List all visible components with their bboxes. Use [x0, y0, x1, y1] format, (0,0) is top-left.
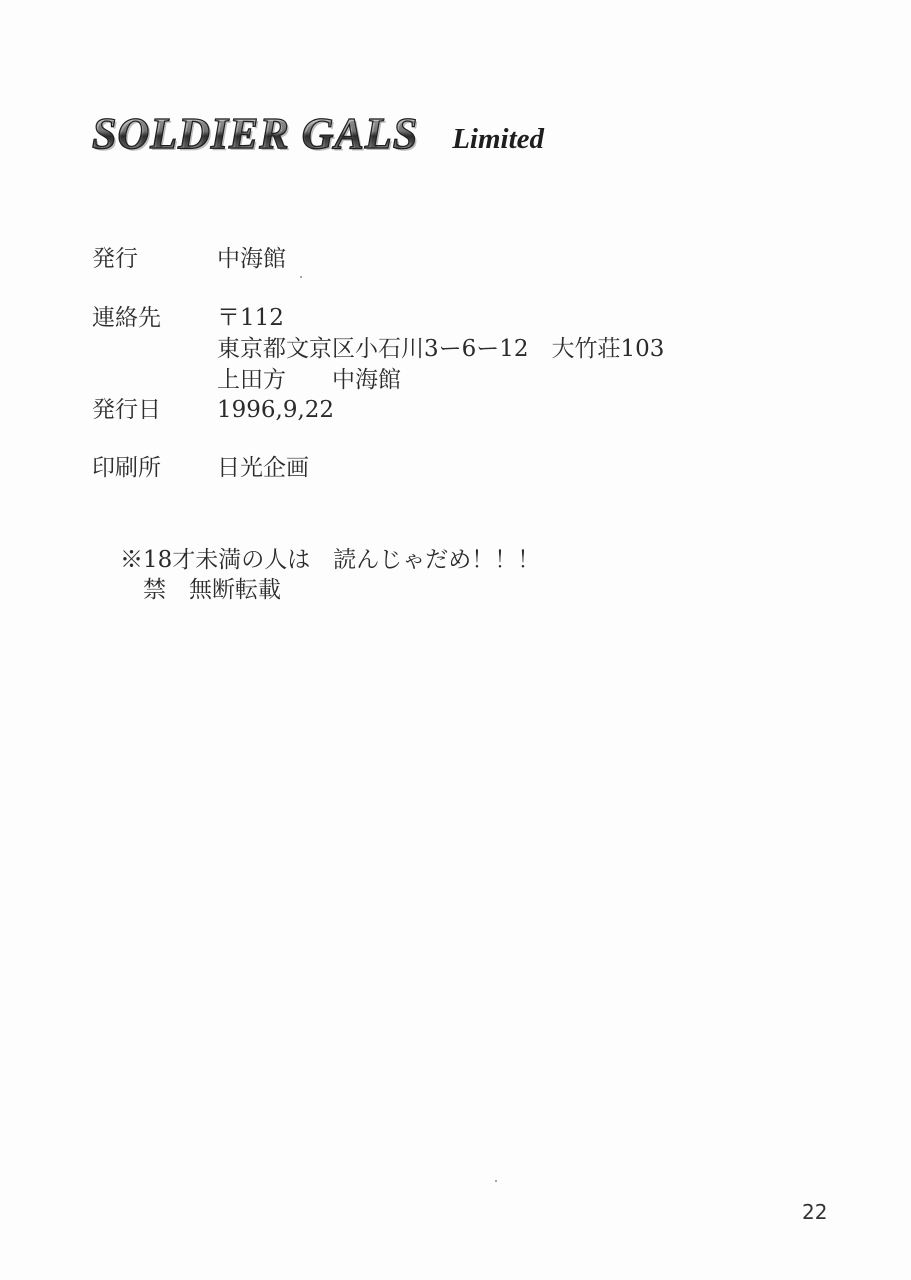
- contact-care-of: 上田方 中海館: [217, 365, 664, 396]
- colophon-row-publish-date: 発行日 1996,9,22: [92, 395, 334, 426]
- notice-block: ※18才未満の人は 読んじゃだめ！！！ 禁 無断転載: [120, 545, 540, 605]
- publisher-label: 発行: [92, 244, 217, 275]
- contact-address: 東京都文京区小石川3ー6ー12 大竹荘103: [217, 334, 664, 365]
- title-main: SOLDIER GALS: [92, 108, 418, 159]
- printer-value: 日光企画: [217, 453, 309, 484]
- scan-speck: [495, 1180, 497, 1182]
- page-number: 22: [802, 1200, 827, 1224]
- book-title: SOLDIER GALS Limited: [92, 108, 544, 159]
- publish-date-label: 発行日: [92, 395, 217, 426]
- colophon-row-printer: 印刷所 日光企画: [92, 453, 309, 484]
- title-subtitle: Limited: [452, 123, 544, 156]
- reproduction-prohibited-notice: 禁 無断転載: [120, 575, 540, 605]
- contact-postal-code: 〒112: [217, 303, 664, 334]
- colophon-row-contact: 連絡先 〒112 東京都文京区小石川3ー6ー12 大竹荘103 上田方 中海館: [92, 303, 664, 396]
- scan-speck: [300, 276, 302, 278]
- publish-date-value: 1996,9,22: [217, 395, 334, 426]
- colophon-row-publisher: 発行 中海館: [92, 244, 286, 275]
- publisher-value: 中海館: [217, 244, 286, 275]
- contact-label: 連絡先: [92, 303, 217, 396]
- printer-label: 印刷所: [92, 453, 217, 484]
- age-restriction-notice: ※18才未満の人は 読んじゃだめ！！！: [120, 545, 540, 575]
